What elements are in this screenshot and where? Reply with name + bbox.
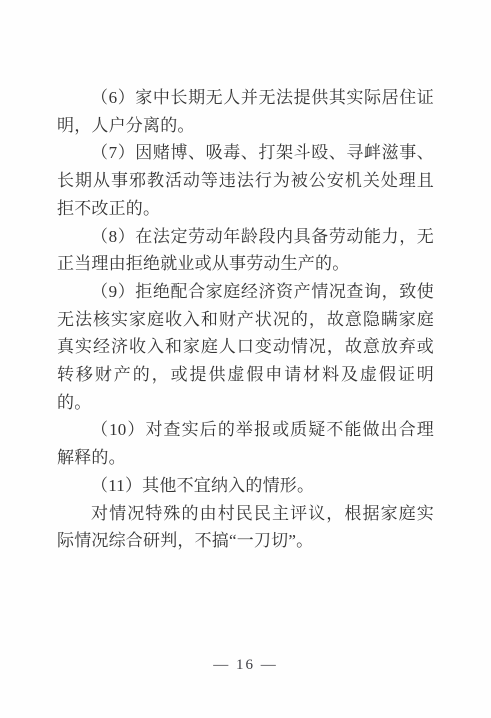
page-number: — 16 — [213,657,278,673]
document-body: （6）家中长期无人并无法提供其实际居住证明，人户分离的。 （7）因赌博、吸毒、打… [57,84,434,555]
paragraph-item-6: （6）家中长期无人并无法提供其实际居住证明，人户分离的。 [57,84,434,139]
paragraph-item-8: （8）在法定劳动年龄段内具备劳动能力，无正当理由拒绝就业或从事劳动生产的。 [57,223,434,278]
page-footer: — 16 — [0,656,491,674]
paragraph-item-10: （10）对查实后的举报或质疑不能做出合理解释的。 [57,416,434,471]
paragraph-item-9: （9）拒绝配合家庭经济资产情况查询，致使无法核实家庭收入和财产状况的，故意隐瞒家… [57,278,434,417]
paragraph-item-7: （7）因赌博、吸毒、打架斗殴、寻衅滋事、长期从事邪教活动等违法行为被公安机关处理… [57,139,434,222]
paragraph-closing: 对情况特殊的由村民民主评议，根据家庭实际情况综合研判，不搞“一刀切”。 [57,500,434,555]
paragraph-item-11: （11）其他不宜纳入的情形。 [57,472,434,500]
document-page: （6）家中长期无人并无法提供其实际居住证明，人户分离的。 （7）因赌博、吸毒、打… [0,0,491,718]
